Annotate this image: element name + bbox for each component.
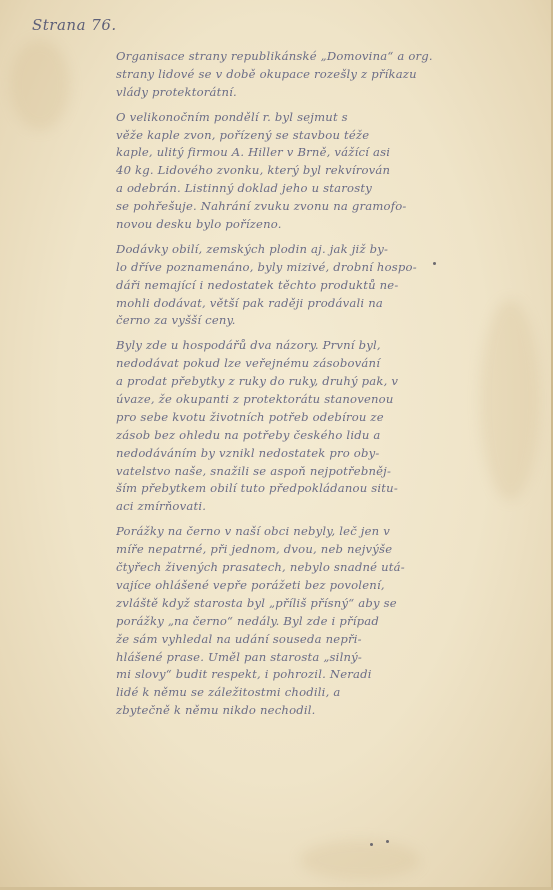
- text-line: dáři nemající i nedostatek těchto produk…: [116, 277, 516, 295]
- text-line: novou desku bylo pořízeno.: [116, 216, 516, 234]
- text-line: Byly zde u hospodářů dva názory. První b…: [116, 337, 516, 355]
- text-line: ším přebytkem obilí tuto předpokládanou …: [116, 480, 516, 498]
- text-line: pro sebe kvotu životních potřeb odebírou…: [116, 409, 516, 427]
- text-line: věže kaple zvon, pořízený se stavbou též…: [116, 127, 516, 145]
- text-line: mohli dodávat, větší pak raději prodával…: [116, 295, 516, 313]
- paragraph-church-bell: O velikonočním pondělí r. byl sejmut s v…: [116, 109, 516, 234]
- text-line: strany lidové se v době okupace rozešly …: [116, 66, 516, 84]
- text-line: nedodávat pokud lze veřejnému zásobování: [116, 355, 516, 373]
- text-line: Organisace strany republikánské „Domovin…: [116, 48, 516, 66]
- paragraph-black-market-slaughter: Porážky na černo v naší obci nebyly, leč…: [116, 523, 516, 720]
- paragraph-farmer-views: Byly zde u hospodářů dva názory. První b…: [116, 337, 516, 516]
- handwritten-text: Organisace strany republikánské „Domovin…: [116, 48, 516, 727]
- text-line: kaple, ulitý firmou A. Hiller v Brně, vá…: [116, 144, 516, 162]
- text-line: O velikonočním pondělí r. byl sejmut s: [116, 109, 516, 127]
- text-line: úvaze, že okupanti z protektorátu stanov…: [116, 391, 516, 409]
- text-line: černo za vyšší ceny.: [116, 312, 516, 330]
- paper-stain: [300, 840, 420, 880]
- text-line: lo dříve poznamenáno, byly mizivé, drobn…: [116, 259, 516, 277]
- text-line: a prodat přebytky z ruky do ruky, druhý …: [116, 373, 516, 391]
- text-line: vlády protektorátní.: [116, 84, 516, 102]
- paragraph-grain-deliveries: Dodávky obilí, zemských plodin aj. jak j…: [116, 241, 516, 330]
- text-line: zbytečně k němu nikdo nechodil.: [116, 702, 516, 720]
- text-line: míře nepatrné, při jednom, dvou, neb nej…: [116, 541, 516, 559]
- ink-speck: [433, 262, 436, 265]
- text-line: že sám vyhledal na udání souseda nepři-: [116, 631, 516, 649]
- page-number: Strana 76.: [32, 16, 117, 34]
- text-line: mi slovy“ budit respekt, i pohrozil. Ner…: [116, 666, 516, 684]
- text-line: a odebrán. Listinný doklad jeho u staros…: [116, 180, 516, 198]
- text-line: Porážky na černo v naší obci nebyly, leč…: [116, 523, 516, 541]
- manuscript-page: Strana 76. Organisace strany republikáns…: [0, 0, 553, 890]
- ink-speck: [386, 840, 389, 843]
- text-line: porážky „na černo“ nedály. Byl zde i pří…: [116, 613, 516, 631]
- text-line: se pohřešuje. Nahrání zvuku zvonu na gra…: [116, 198, 516, 216]
- paper-stain: [10, 40, 70, 130]
- text-line: lidé k němu se záležitostmi chodili, a: [116, 684, 516, 702]
- text-line: aci zmírňovati.: [116, 498, 516, 516]
- text-line: zvláště když starosta byl „příliš přísný…: [116, 595, 516, 613]
- ink-speck: [370, 843, 373, 846]
- paragraph-party-dissolution: Organisace strany republikánské „Domovin…: [116, 48, 516, 102]
- text-line: Dodávky obilí, zemských plodin aj. jak j…: [116, 241, 516, 259]
- text-line: hlášené prase. Uměl pan starosta „silný-: [116, 649, 516, 667]
- text-line: vajíce ohlášené vepře porážeti bez povol…: [116, 577, 516, 595]
- text-line: 40 kg. Lidového zvonku, který byl rekvír…: [116, 162, 516, 180]
- text-line: čtyřech živených prasatech, nebylo snadn…: [116, 559, 516, 577]
- text-line: nedodáváním by vznikl nedostatek pro oby…: [116, 445, 516, 463]
- text-line: zásob bez ohledu na potřeby českého lidu…: [116, 427, 516, 445]
- text-line: vatelstvo naše, snažili se aspoň nejpotř…: [116, 463, 516, 481]
